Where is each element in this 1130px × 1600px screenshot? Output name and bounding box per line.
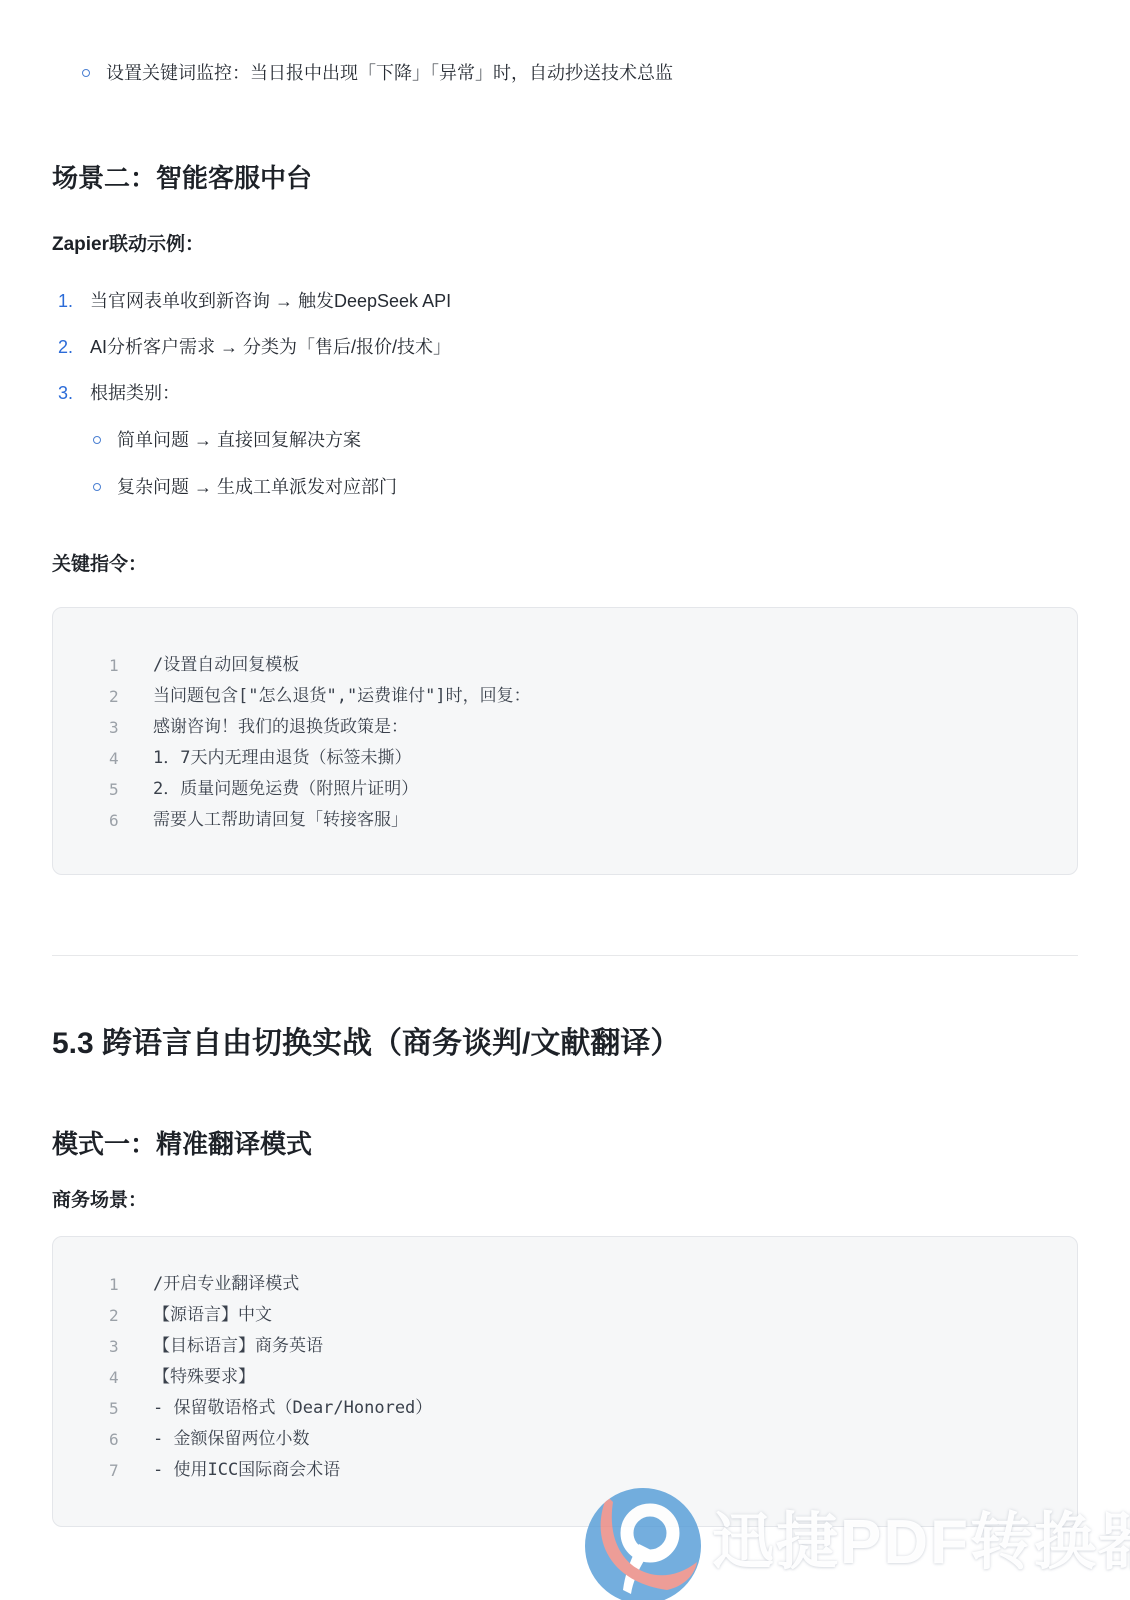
ordered-step: 1. 当官网表单收到新咨询 → 触发DeepSeek API	[52, 287, 1078, 316]
code-line: 6 - 金额保留两位小数	[53, 1424, 1057, 1455]
code-block-auto-reply: 1 /设置自动回复模板 2 当问题包含["怎么退货","运费谁付"]时，回复： …	[52, 607, 1078, 875]
code-text: 【目标语言】商务英语	[153, 1331, 323, 1362]
code-text: - 使用ICC国际商会术语	[153, 1455, 340, 1486]
code-text: 【源语言】中文	[153, 1300, 272, 1331]
line-number: 4	[53, 1362, 153, 1393]
line-number: 6	[53, 1424, 153, 1455]
code-block-translation: 1 /开启专业翻译模式 2 【源语言】中文 3 【目标语言】商务英语 4 【特殊…	[52, 1236, 1078, 1527]
code-text: 需要人工帮助请回复「转接客服」	[153, 805, 408, 836]
code-line: 3 感谢咨询！我们的退换货政策是：	[53, 712, 1057, 743]
code-line: 5 2．质量问题免运费（附照片证明）	[53, 774, 1057, 805]
line-number: 5	[53, 1393, 153, 1424]
ordered-step-list: 1. 当官网表单收到新咨询 → 触发DeepSeek API 2. AI分析客户…	[52, 287, 1078, 502]
code-line: 2 当问题包含["怎么退货","运费谁付"]时，回复：	[53, 681, 1057, 712]
code-line: 1 /开启专业翻译模式	[53, 1269, 1057, 1300]
code-text: /开启专业翻译模式	[153, 1269, 299, 1300]
circle-bullet-icon	[93, 436, 101, 444]
section-divider	[52, 955, 1078, 956]
line-number: 1	[53, 1269, 153, 1300]
step-text: 当官网表单收到新咨询 → 触发DeepSeek API	[90, 287, 451, 316]
code-text: - 金额保留两位小数	[153, 1424, 309, 1455]
intro-bullet-item: 设置关键词监控：当日报中出现「下降」「异常」时，自动抄送技术总监	[52, 0, 1078, 86]
circle-bullet-icon	[93, 483, 101, 491]
zapier-label: Zapier联动示例：	[52, 230, 1078, 259]
step-text: AI分析客户需求 → 分类为「售后/报价/技术」	[90, 333, 451, 362]
mode1-heading: 模式一：精准翻译模式	[52, 1126, 1078, 1162]
code-text: 感谢咨询！我们的退换货政策是：	[153, 712, 408, 743]
document-content: 设置关键词监控：当日报中出现「下降」「异常」时，自动抄送技术总监 场景二：智能客…	[0, 0, 1130, 1527]
step-text: 根据类别：	[90, 379, 180, 408]
code-text: 【特殊要求】	[153, 1362, 255, 1393]
code-line: 2 【源语言】中文	[53, 1300, 1057, 1331]
sub-bullet-text: 简单问题 → 直接回复解决方案	[117, 426, 361, 455]
ordered-step: 3. 根据类别：	[52, 379, 1078, 408]
line-number: 5	[53, 774, 153, 805]
sub-bullet-item: 简单问题 → 直接回复解决方案	[52, 426, 1078, 455]
line-number: 3	[53, 1331, 153, 1362]
line-number: 2	[53, 681, 153, 712]
code-line: 5 - 保留敬语格式（Dear/Honored）	[53, 1393, 1057, 1424]
sub-bullet-list: 简单问题 → 直接回复解决方案 复杂问题 → 生成工单派发对应部门	[52, 426, 1078, 502]
code-line: 6 需要人工帮助请回复「转接客服」	[53, 805, 1057, 836]
code-text: 当问题包含["怎么退货","运费谁付"]时，回复：	[153, 681, 531, 712]
section53-heading: 5.3 跨语言自由切换实战（商务谈判/文献翻译）	[52, 1024, 1078, 1064]
business-scene-label: 商务场景：	[52, 1186, 1078, 1215]
code-text: - 保留敬语格式（Dear/Honored）	[153, 1393, 432, 1424]
line-number: 2	[53, 1300, 153, 1331]
intro-bullet-text: 设置关键词监控：当日报中出现「下降」「异常」时，自动抄送技术总监	[106, 60, 673, 86]
code-line: 4 1．7天内无理由退货（标签未撕）	[53, 743, 1057, 774]
key-command-label: 关键指令：	[52, 550, 1078, 579]
ordered-step: 2. AI分析客户需求 → 分类为「售后/报价/技术」	[52, 333, 1078, 362]
sub-bullet-text: 复杂问题 → 生成工单派发对应部门	[117, 473, 397, 502]
document-page: 设置关键词监控：当日报中出现「下降」「异常」时，自动抄送技术总监 场景二：智能客…	[0, 0, 1130, 1600]
watermark-text: 迅捷PDF转换器	[712, 1492, 1130, 1581]
circle-bullet-icon	[82, 69, 90, 77]
pdf-converter-logo-icon	[583, 1486, 703, 1600]
code-line: 3 【目标语言】商务英语	[53, 1331, 1057, 1362]
code-text: 2．质量问题免运费（附照片证明）	[153, 774, 418, 805]
code-line: 4 【特殊要求】	[53, 1362, 1057, 1393]
line-number: 1	[53, 650, 153, 681]
line-number: 7	[53, 1455, 153, 1486]
code-line: 1 /设置自动回复模板	[53, 650, 1057, 681]
line-number: 4	[53, 743, 153, 774]
step-number: 2.	[52, 333, 90, 362]
code-text: /设置自动回复模板	[153, 650, 299, 681]
line-number: 6	[53, 805, 153, 836]
step-number: 3.	[52, 379, 90, 408]
scene2-heading: 场景二：智能客服中台	[52, 160, 1078, 196]
code-line: 7 - 使用ICC国际商会术语	[53, 1455, 1057, 1486]
sub-bullet-item: 复杂问题 → 生成工单派发对应部门	[52, 473, 1078, 502]
code-text: 1．7天内无理由退货（标签未撕）	[153, 743, 411, 774]
step-number: 1.	[52, 287, 90, 316]
line-number: 3	[53, 712, 153, 743]
